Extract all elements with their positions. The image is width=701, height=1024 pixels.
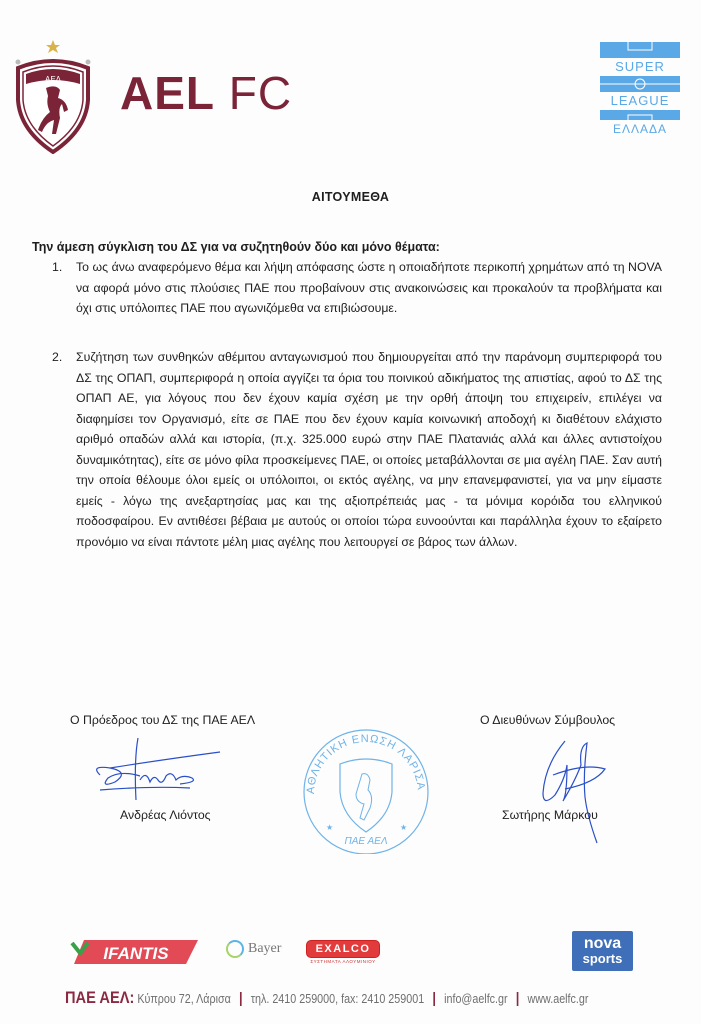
footer-separator: | [432,990,436,1007]
bayer-label: Bayer [248,941,281,957]
footer-address: Κύπρου 72, Λάρισα [137,992,231,1006]
ceo-name: Σωτήρης Μάρκου [502,808,598,822]
footer-contact-line: ΠΑΕ ΑΕΛ: Κύπρου 72, Λάρισα | τηλ. 2410 2… [65,988,588,1008]
svg-text:★: ★ [326,823,333,832]
footer-separator: | [516,990,520,1007]
svg-text:LEAGUE: LEAGUE [611,93,670,108]
list-item-number: 2. [52,347,62,368]
svg-text:★: ★ [400,823,407,832]
ceo-signature [535,735,615,845]
bayer-sponsor-logo: Bayer [226,940,281,958]
nova-label: nova [572,936,633,951]
svg-text:SUPER: SUPER [615,59,665,74]
list-item-text: Συζήτηση των συνθηκών αθέμιτου ανταγωνισ… [76,347,662,552]
list-item: 1. Το ως άνω αναφερόμενο θέμα και λήψη α… [52,257,662,319]
sports-label: sports [572,951,633,966]
list-item-text: Το ως άνω αναφερόμενο θέμα και λήψη απόφ… [76,257,662,319]
super-league-logo: SUPER LEAGUE ΕΛΛΑΔΑ [596,40,684,136]
star-icon [86,60,91,65]
crest-letters: ΑΕΛ [45,75,62,84]
footer-website[interactable]: www.aelfc.gr [528,992,589,1006]
star-icon [16,60,21,65]
president-signature [80,730,230,810]
exalco-label: EXALCO [306,940,380,958]
svg-text:ΕΛΛΑΔΑ: ΕΛΛΑΔΑ [613,122,667,136]
document-title: ΑΙΤΟΥΜΕΘΑ [0,190,701,204]
ifantis-sponsor-logo: IFANTIS [70,937,198,967]
ceo-role-label: Ο Διευθύνων Σύμβουλος [480,713,615,727]
svg-text:IFANTIS: IFANTIS [103,944,169,963]
brand-light: FC [229,67,292,119]
list-item: 2. Συζήτηση των συνθηκών αθέμιτου ανταγω… [52,347,662,552]
svg-text:ΠΑΕ ΑΕΛ: ΠΑΕ ΑΕΛ [344,836,387,847]
president-role-label: Ο Πρόεδρος του ΔΣ της ΠΑΕ ΑΕΛ [70,713,255,727]
footer-org: ΠΑΕ ΑΕΛ: [65,988,134,1007]
bayer-cross-icon [226,940,244,958]
document-intro: Την άμεση σύγκλιση του ΔΣ για να συζητηθ… [32,240,440,254]
exalco-tagline: ΣΥΣΤΗΜΑΤΑ ΑΛΟΥΜΙΝΙΟΥ [306,959,380,964]
footer-phone: τηλ. 2410 259000, fax: 2410 259001 [251,992,424,1006]
club-brand-name: AEL FC [120,66,292,120]
club-stamp: ΑΘΛΗΤΙΚΗ ΕΝΩΣΗ ΛΑΡΙΣΑΣ ΠΑΕ ΑΕΛ ★ ★ [296,724,436,854]
nova-sports-sponsor-logo: nova sports [572,931,633,971]
list-item-number: 1. [52,257,62,278]
footer-email[interactable]: info@aelfc.gr [444,992,508,1006]
brand-bold: AEL [120,67,215,119]
ael-crest-logo: ΑΕΛ [12,38,94,154]
exalco-sponsor-logo: EXALCO ΣΥΣΤΗΜΑΤΑ ΑΛΟΥΜΙΝΙΟΥ [306,940,380,964]
footer-separator: | [239,990,243,1007]
star-icon [46,40,60,53]
president-name: Ανδρέας Λιόντος [120,808,211,822]
